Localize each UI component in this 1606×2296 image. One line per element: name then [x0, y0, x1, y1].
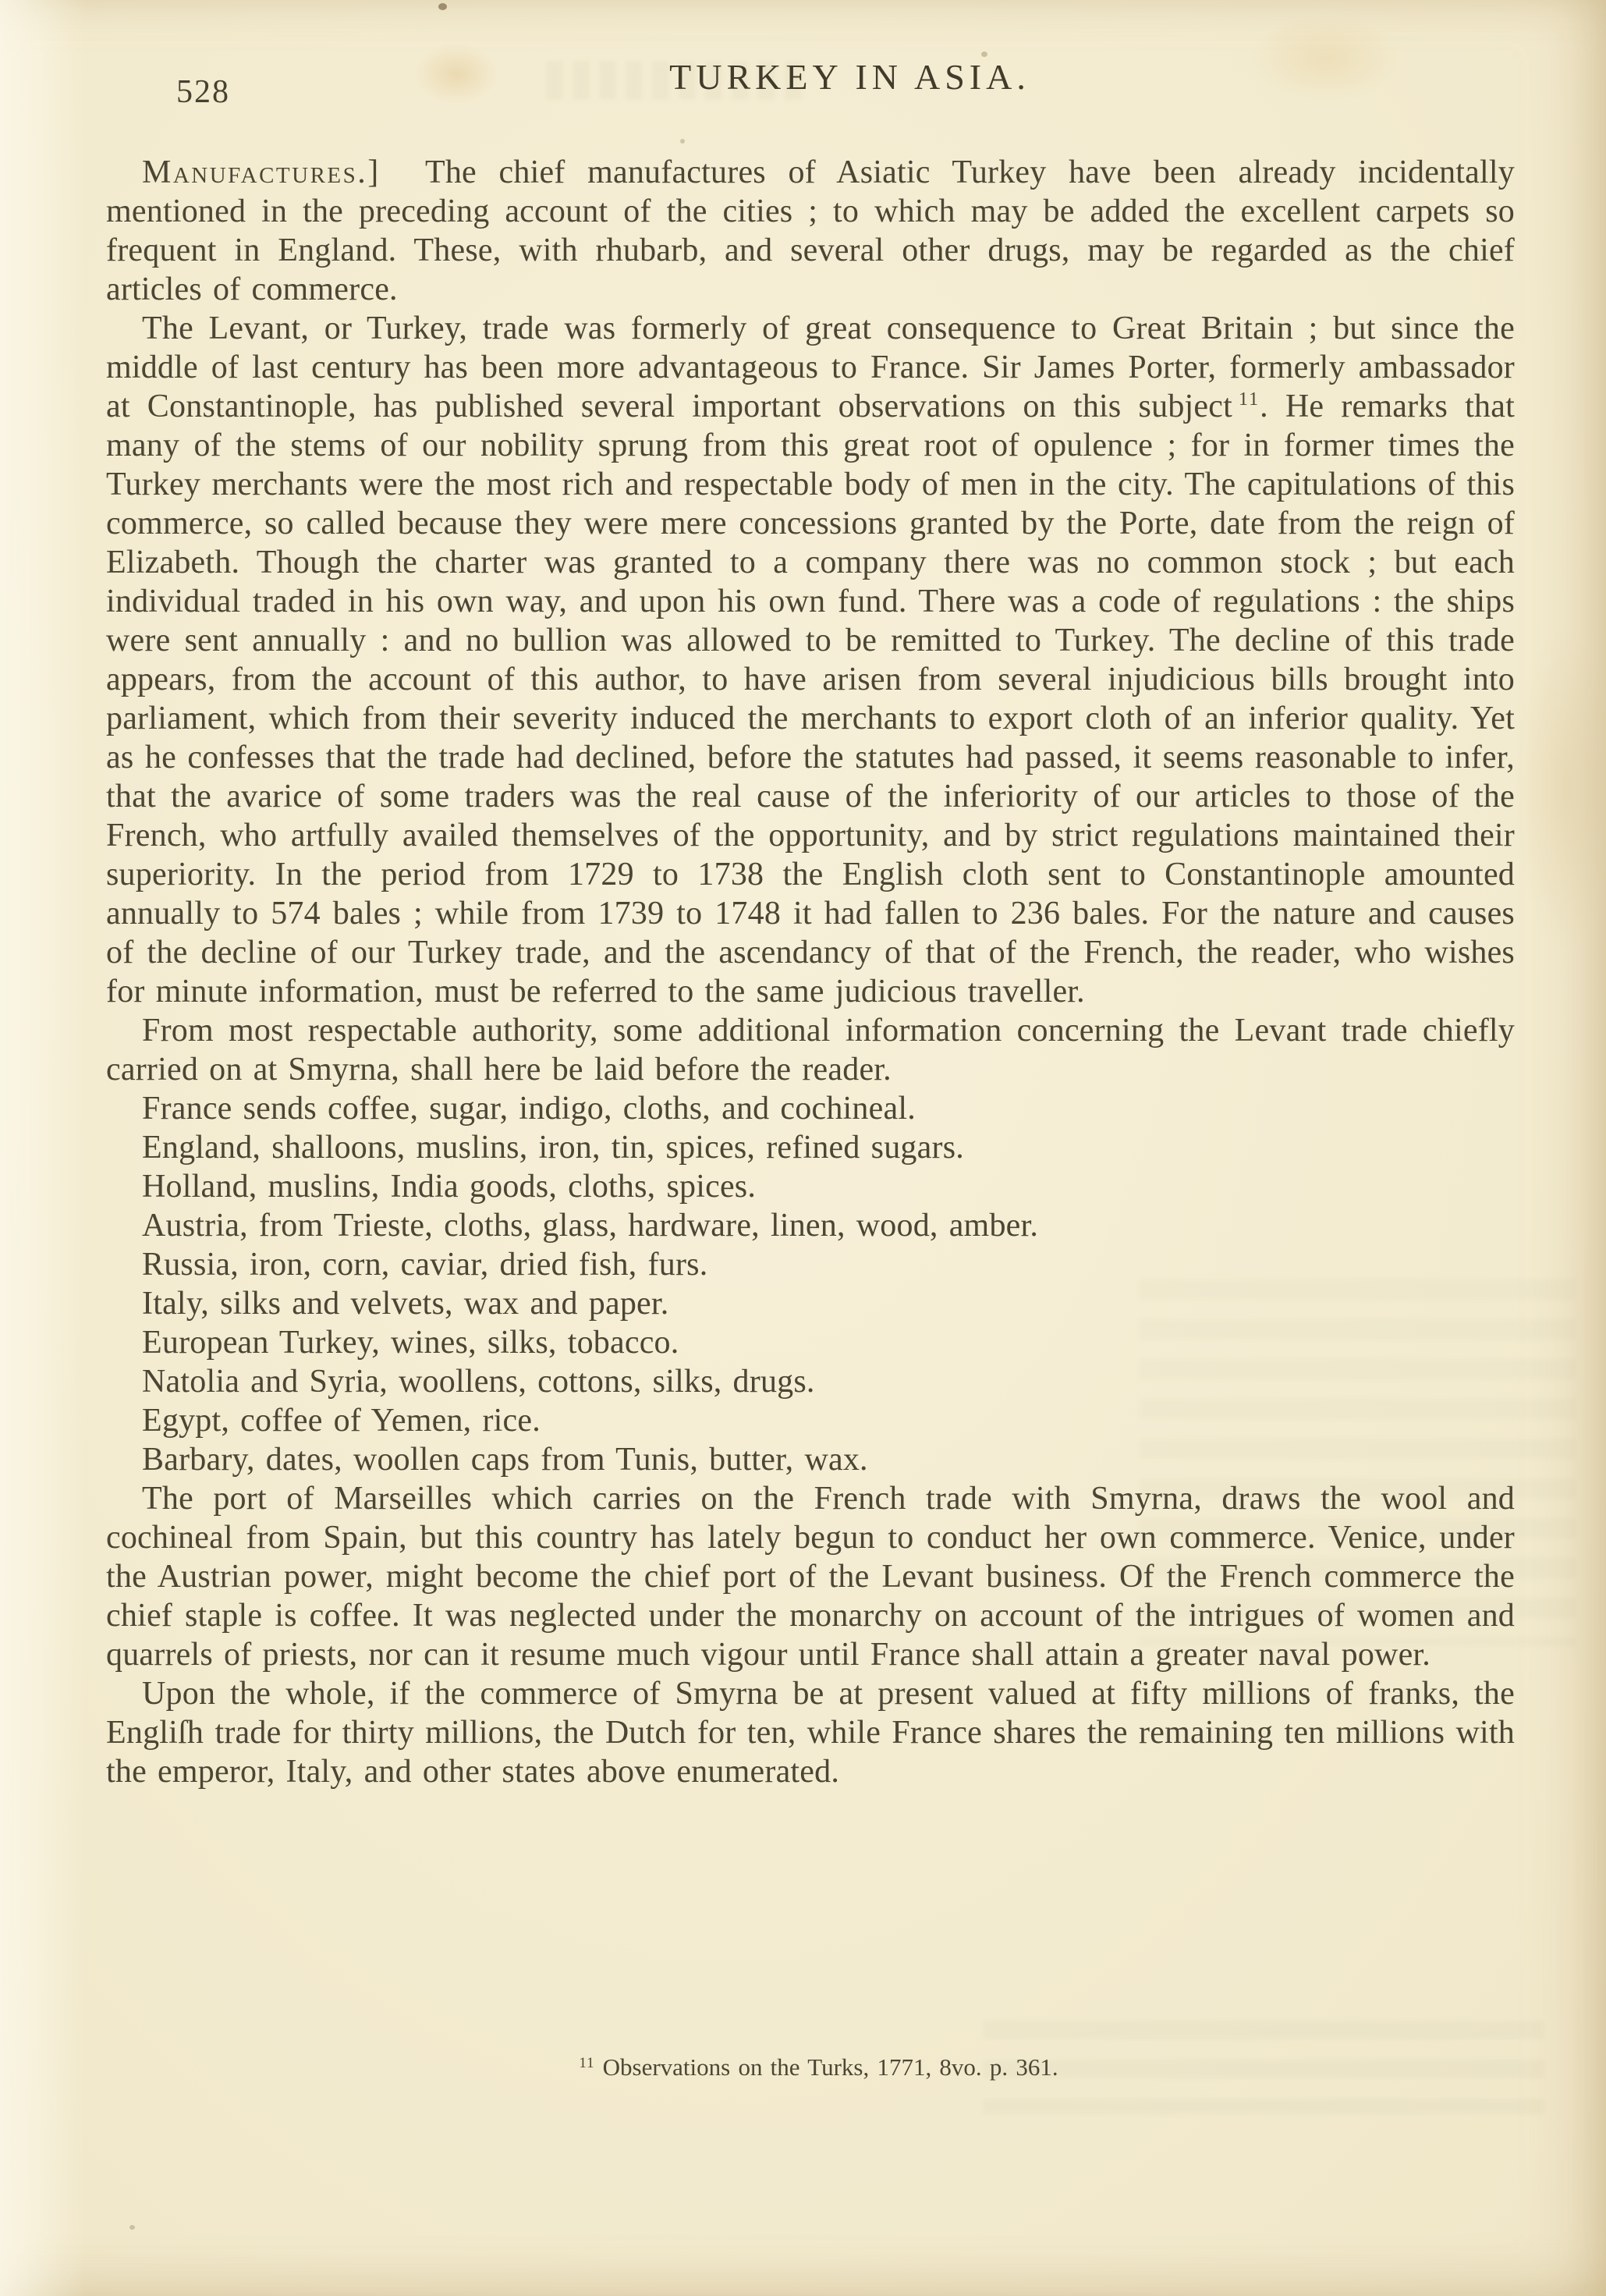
trade-list-item: Barbary, dates, woollen caps from Tunis,…	[106, 1440, 1515, 1479]
paragraph-manufactures: Manufactures.] The chief manufactures of…	[106, 153, 1515, 309]
book-page: 528 TURKEY IN ASIA. Manufactures.] The c…	[0, 0, 1606, 2296]
trade-list-item: France sends coffee, sugar, indigo, clot…	[106, 1089, 1515, 1128]
paragraph-marseilles: The port of Marseilles which carries on …	[106, 1479, 1515, 1674]
footnote-marker: 11	[579, 2055, 594, 2071]
paragraph-conclusion: Upon the whole, if the commerce of Smyrn…	[106, 1674, 1515, 1791]
paper-speck	[438, 3, 447, 10]
paragraph-levant-trade: The Levant, or Turkey, trade was formerl…	[106, 309, 1515, 1011]
paper-speck	[680, 139, 685, 144]
page-header-title: TURKEY IN ASIA.	[0, 56, 1606, 98]
trade-list-item: Austria, from Trieste, cloths, glass, ha…	[106, 1206, 1515, 1245]
trade-list-item: Holland, muslins, India goods, cloths, s…	[106, 1167, 1515, 1206]
body-text: Manufactures.] The chief manufactures of…	[106, 153, 1515, 1791]
footnote-text: Observations on the Turks, 1771, 8vo. p.…	[603, 2053, 1058, 2081]
reference-marker: 11	[1239, 389, 1260, 410]
trade-list-item: Egypt, coffee of Yemen, rice.	[106, 1401, 1515, 1440]
section-lead-word: Manufactures.]	[142, 154, 381, 190]
trade-list-item: Italy, silks and velvets, wax and paper.	[106, 1284, 1515, 1323]
page-left-edge-highlight	[0, 0, 86, 2296]
trade-list-item: England, shalloons, muslins, iron, tin, …	[106, 1128, 1515, 1167]
paragraph-smyrna-intro: From most respectable authority, some ad…	[106, 1011, 1515, 1089]
trade-list: France sends coffee, sugar, indigo, clot…	[106, 1089, 1515, 1479]
paper-stain	[1513, 624, 1606, 952]
paper-speck	[129, 2225, 135, 2230]
trade-list-item: Natolia and Syria, woollens, cottons, si…	[106, 1362, 1515, 1401]
footnote: 11Observations on the Turks, 1771, 8vo. …	[0, 2053, 1606, 2081]
paragraph-text: . He remarks that many of the stems of o…	[106, 389, 1515, 1010]
trade-list-item: European Turkey, wines, silks, tobacco.	[106, 1323, 1515, 1362]
trade-list-item: Russia, iron, corn, caviar, dried fish, …	[106, 1245, 1515, 1284]
